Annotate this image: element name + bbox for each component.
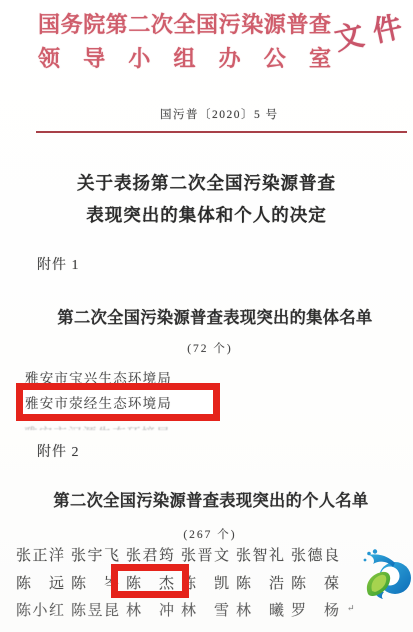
- name: 张德良: [291, 549, 339, 563]
- collective-item-yingjing-highlighted: 雅安市荥经生态环境局: [23, 392, 172, 412]
- letterhead-org-name: 国务院第二次全国污染源普查 领导小组办公室: [38, 8, 331, 76]
- paragraph-mark: ↵: [347, 604, 355, 613]
- name: 林曦: [236, 604, 284, 618]
- logo-spray-dot: [373, 549, 377, 553]
- collective-item-erased: 雅安市汉源生态环境局: [24, 422, 224, 430]
- name: 张智礼: [236, 549, 284, 563]
- erased-text: 雅安市汉源生态环境局: [24, 426, 171, 430]
- name: 陈小红: [16, 604, 64, 618]
- doc-number: 国污普〔2020〕5 号: [160, 106, 279, 122]
- attachment2-heading: 第二次全国污染源普查表现突出的个人名单: [0, 487, 413, 511]
- red-highlight-box-name: [111, 564, 189, 598]
- name: 张宇飞: [71, 549, 119, 563]
- attachment1-label: 附件 1: [37, 254, 80, 274]
- name: 罗杨: [291, 604, 339, 618]
- red-highlight-box-collective: 雅安市荥经生态环境局: [16, 383, 220, 421]
- name: 张正洋: [16, 549, 64, 563]
- doc-title-line1: 关于表扬第二次全国污染源普查: [0, 170, 413, 195]
- attachment1-heading: 第二次全国污染源普查表现突出的集体名单: [0, 304, 413, 328]
- letterhead-line2: 领导小组办公室: [38, 42, 331, 76]
- attachment2-label: 附件 2: [37, 441, 80, 461]
- name: 陈远: [16, 577, 64, 591]
- attachment1-count: (72 个): [0, 340, 413, 356]
- red-header-rule: [36, 131, 407, 133]
- name: 林冲: [126, 604, 174, 618]
- name: 张晋文: [181, 549, 229, 563]
- logo-spray-dot: [367, 552, 371, 556]
- logo-spray-dot: [364, 559, 367, 562]
- letterhead-line1: 国务院第二次全国污染源普查: [38, 8, 331, 42]
- name: 林雪: [181, 604, 229, 618]
- scanned-document-page: 国务院第二次全国污染源普查 领导小组办公室 文件 国污普〔2020〕5 号 关于…: [0, 0, 413, 632]
- names-row-1: 张正洋 张宇飞 张君筠 张晋文 张智礼 张德良: [16, 549, 356, 563]
- doc-type-mark: 文件: [330, 4, 405, 58]
- name: 张君筠: [126, 549, 174, 563]
- name: 陈昱昆: [71, 604, 119, 618]
- doc-title-line2: 表现突出的集体和个人的决定: [0, 202, 413, 227]
- blue-wave-green-leaf-logo: [361, 548, 413, 606]
- name: 陈浩: [236, 577, 284, 591]
- names-row-3: 陈小红 陈昱昆 林冲 林雪 林曦 罗杨 ↵: [16, 604, 356, 618]
- name: 陈葆: [291, 577, 339, 591]
- attachment2-count: (267 个): [0, 526, 413, 542]
